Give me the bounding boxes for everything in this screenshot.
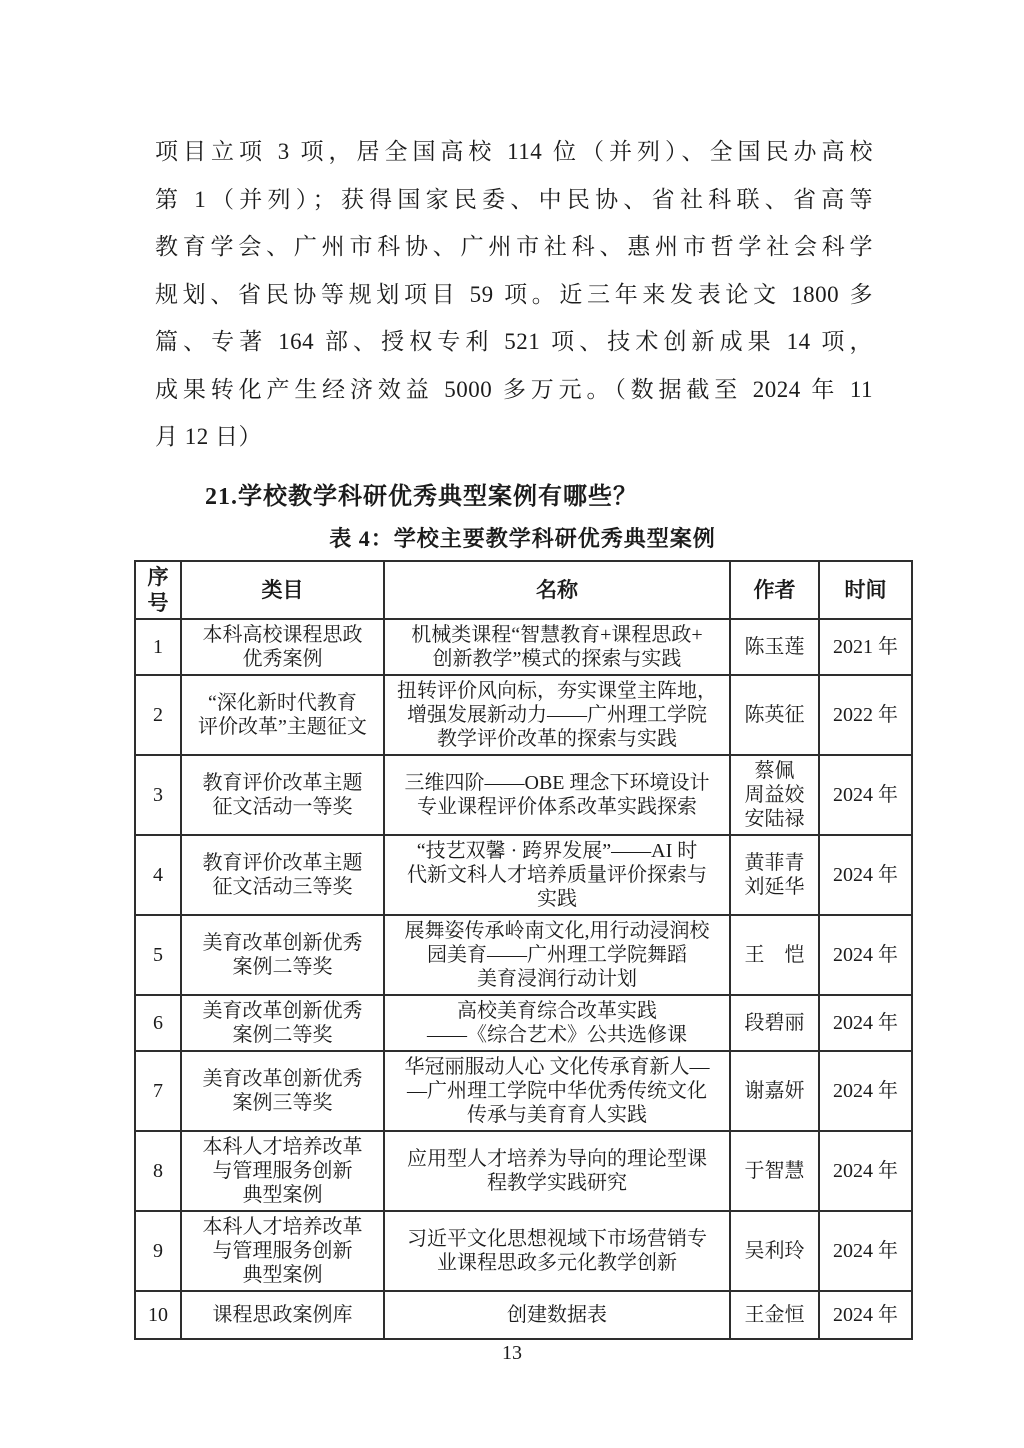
cell-time: 2024 年 [819,1051,912,1131]
table-row: 6 美育改革创新优秀 案例二等奖 高校美育综合改革实践 ——《综合艺术》公共选修… [135,995,912,1051]
cell-no: 1 [135,619,181,675]
table-row: 5 美育改革创新优秀 案例二等奖 展舞姿传承岭南文化,用行动浸润校 园美育——广… [135,915,912,995]
page-number: 13 [0,1342,1024,1365]
paragraph-line: 规划、省民协等规划项目 59 项。近三年来发表论文 1800 多 [155,271,873,319]
cell-author: 蔡佩 周益姣 安陆禄 [730,755,819,835]
cell-name: 三维四阶——OBE 理念下环境设计 专业课程评价体系改革实践探索 [384,755,730,835]
table-row: 4 教育评价改革主题 征文活动三等奖 “技艺双馨 · 跨界发展”——AI 时 代… [135,835,912,915]
table-row: 9 本科人才培养改革 与管理服务创新 典型案例 习近平文化思想视域下市场营销专 … [135,1211,912,1291]
cell-author: 王 恺 [730,915,819,995]
cell-time: 2024 年 [819,835,912,915]
paragraph-line: 第 1（并列）；获得国家民委、中民协、省社科联、省高等 [155,176,873,224]
table-row: 7 美育改革创新优秀 案例三等奖 华冠丽服动人心 文化传承育新人— —广州理工学… [135,1051,912,1131]
document-page: 项目立项 3 项，居全国高校 114 位（并列）、全国民办高校 第 1（并列）；… [0,0,1024,1448]
cell-category: “深化新时代教育 评价改革”主题征文 [181,675,384,755]
cell-name: 应用型人才培养为导向的理论型课 程教学实践研究 [384,1131,730,1211]
cell-category: 美育改革创新优秀 案例二等奖 [181,995,384,1051]
cell-author: 黄菲青 刘延华 [730,835,819,915]
col-header-author: 作者 [730,561,819,619]
cell-time: 2022 年 [819,675,912,755]
cell-name: 华冠丽服动人心 文化传承育新人— —广州理工学院中华优秀传统文化 传承与美育育人… [384,1051,730,1131]
cell-author: 于智慧 [730,1131,819,1211]
cell-name: “技艺双馨 · 跨界发展”——AI 时 代新文科人才培养质量评价探索与 实践 [384,835,730,915]
cell-no: 9 [135,1211,181,1291]
col-header-time: 时间 [819,561,912,619]
table-row: 3 教育评价改革主题 征文活动一等奖 三维四阶——OBE 理念下环境设计 专业课… [135,755,912,835]
col-header-no: 序 号 [135,561,181,619]
cell-time: 2024 年 [819,995,912,1051]
table-row: 8 本科人才培养改革 与管理服务创新 典型案例 应用型人才培养为导向的理论型课 … [135,1131,912,1211]
cell-name: 高校美育综合改革实践 ——《综合艺术》公共选修课 [384,995,730,1051]
cell-author: 吴利玲 [730,1211,819,1291]
table-caption: 表 4：学校主要教学科研优秀典型案例 [134,522,911,553]
cell-category: 本科人才培养改革 与管理服务创新 典型案例 [181,1211,384,1291]
cell-name: 机械类课程“智慧教育+课程思政+ 创新教学”模式的探索与实践 [384,619,730,675]
cell-name: 展舞姿传承岭南文化,用行动浸润校 园美育——广州理工学院舞蹈 美育浸润行动计划 [384,915,730,995]
cell-category: 美育改革创新优秀 案例三等奖 [181,1051,384,1131]
table-row: 2 “深化新时代教育 评价改革”主题征文 扭转评价风向标，夯实课堂主阵地， 增强… [135,675,912,755]
paragraph-line: 月 12 日） [155,413,873,461]
paragraph-line: 成果转化产生经济效益 5000 多万元。（数据截至 2024 年 11 [155,366,873,414]
cell-category: 本科高校课程思政 优秀案例 [181,619,384,675]
cell-author: 王金恒 [730,1291,819,1339]
body-paragraph: 项目立项 3 项，居全国高校 114 位（并列）、全国民办高校 第 1（并列）；… [155,128,873,461]
cell-no: 6 [135,995,181,1051]
cell-no: 2 [135,675,181,755]
paragraph-line: 篇、专著 164 部、授权专利 521 项、技术创新成果 14 项， [155,318,873,366]
cell-author: 段碧丽 [730,995,819,1051]
cell-category: 教育评价改革主题 征文活动三等奖 [181,835,384,915]
table-row: 1 本科高校课程思政 优秀案例 机械类课程“智慧教育+课程思政+ 创新教学”模式… [135,619,912,675]
paragraph-line: 项目立项 3 项，居全国高校 114 位（并列）、全国民办高校 [155,128,873,176]
table-header-row: 序 号 类目 名称 作者 时间 [135,561,912,619]
table-row: 10 课程思政案例库 创建数据表 王金恒 2024 年 [135,1291,912,1339]
cell-no: 5 [135,915,181,995]
cell-time: 2024 年 [819,1291,912,1339]
cell-category: 课程思政案例库 [181,1291,384,1339]
cell-time: 2024 年 [819,755,912,835]
cell-name: 习近平文化思想视域下市场营销专 业课程思政多元化教学创新 [384,1211,730,1291]
cell-time: 2024 年 [819,1211,912,1291]
cases-table: 序 号 类目 名称 作者 时间 1 本科高校课程思政 优秀案例 机械类课程“智慧… [134,560,913,1340]
cell-category: 本科人才培养改革 与管理服务创新 典型案例 [181,1131,384,1211]
cell-no: 8 [135,1131,181,1211]
cell-author: 陈玉莲 [730,619,819,675]
cell-time: 2021 年 [819,619,912,675]
cell-time: 2024 年 [819,915,912,995]
cell-author: 陈英征 [730,675,819,755]
cell-no: 7 [135,1051,181,1131]
col-header-category: 类目 [181,561,384,619]
col-header-name: 名称 [384,561,730,619]
cell-name: 扭转评价风向标，夯实课堂主阵地， 增强发展新动力——广州理工学院 教学评价改革的… [384,675,730,755]
cell-time: 2024 年 [819,1131,912,1211]
cell-no: 3 [135,755,181,835]
cell-no: 10 [135,1291,181,1339]
cell-name: 创建数据表 [384,1291,730,1339]
paragraph-line: 教育学会、广州市科协、广州市社科、惠州市哲学社会科学 [155,223,873,271]
cell-category: 教育评价改革主题 征文活动一等奖 [181,755,384,835]
cell-author: 谢嘉妍 [730,1051,819,1131]
cell-no: 4 [135,835,181,915]
cases-table-section: 表 4：学校主要教学科研优秀典型案例 序 号 类目 名称 作者 时间 [134,522,911,1340]
section-heading: 21.学校教学科研优秀典型案例有哪些？ [205,476,638,511]
cell-category: 美育改革创新优秀 案例二等奖 [181,915,384,995]
